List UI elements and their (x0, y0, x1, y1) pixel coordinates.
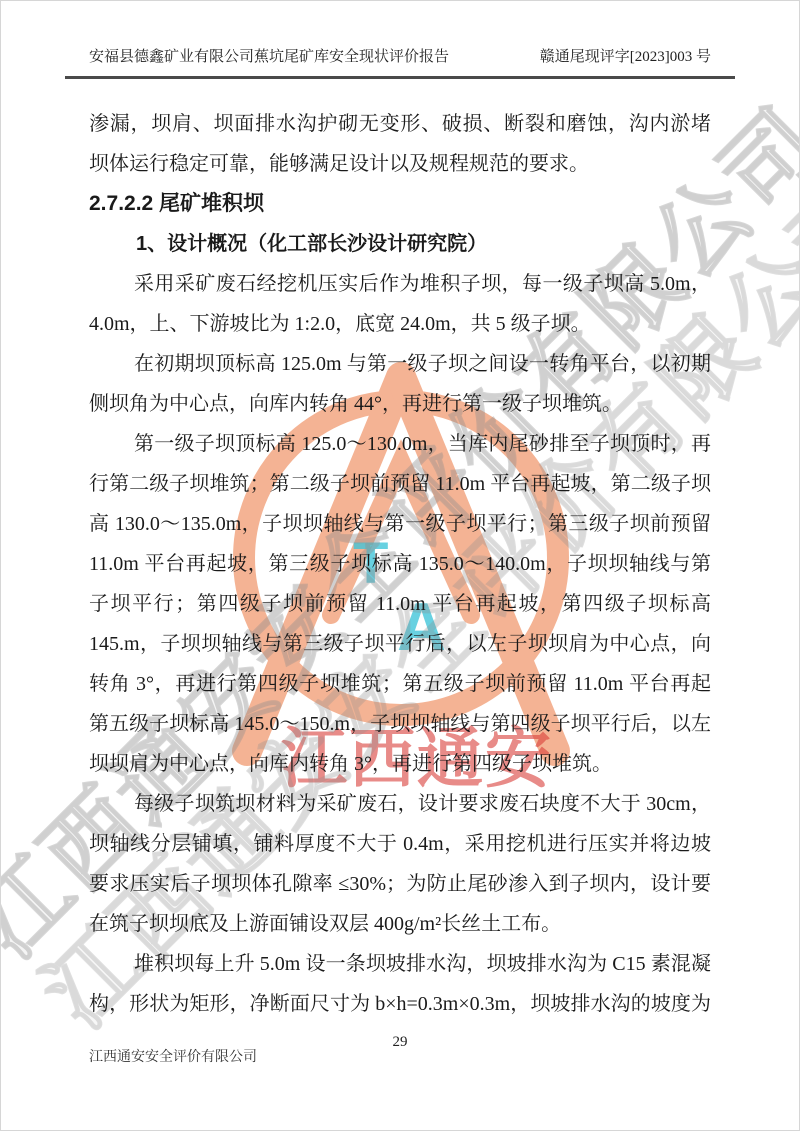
text-line: 第一级子坝顶标高 125.0～130.0m，当库内尾砂排至子坝顶时，再进 (89, 424, 711, 464)
document-body: 渗漏，坝肩、坝面排水沟护砌无变形、破损、断裂和磨蚀，沟内淤堵等。 坝体运行稳定可… (89, 104, 711, 1024)
header-report-title: 安福县德鑫矿业有限公司蕉坑尾矿库安全现状评价报告 (89, 47, 449, 67)
text-line: 堆积坝每上升 5.0m 设一条坝坡排水沟，坝坡排水沟为 C15 素混凝土结 (89, 944, 711, 984)
section-heading: 2.7.2.2 尾矿堆积坝 (89, 184, 711, 224)
text-line: 在初期坝顶标高 125.0m 与第一级子坝之间设一转角平台，以初期坝右 (89, 344, 711, 384)
text-line: 采用采矿废石经挖机压实后作为堆积子坝，每一级子坝高 5.0m，宽 (89, 264, 711, 304)
page-header: 安福县德鑫矿业有限公司蕉坑尾矿库安全现状评价报告 赣通尾现评字[2023]003… (89, 47, 711, 67)
text-line: 侧坝角为中心点，向库内转角 44°，再进行第一级子坝堆筑。 (89, 384, 711, 424)
header-rule (65, 76, 735, 79)
text-line: 渗漏，坝肩、坝面排水沟护砌无变形、破损、断裂和磨蚀，沟内淤堵等。 (89, 104, 711, 144)
sub-heading: 1、设计概况（化工部长沙设计研究院） (89, 224, 711, 264)
text-line: 第五级子坝标高 145.0～150.m，子坝坝轴线与第四级子坝平行后，以左子 (89, 704, 711, 744)
text-line: 每级子坝筑坝材料为采矿废石，设计要求废石块度不大于 30cm，沿子 (89, 784, 711, 824)
text-line: 构，形状为矩形，净断面尺寸为 b×h=0.3m×0.3m，坝坡排水沟的坡度为 (89, 984, 711, 1024)
document-page: T A 江西通安 江西通安安全评价有限公司 江西通安安全评价有限公司 安福县德鑫… (0, 0, 800, 1131)
text-line: 145.m，子坝坝轴线与第三级子坝平行后，以左子坝坝肩为中心点，向库内 (89, 624, 711, 664)
text-line: 坝坝肩为中心点，向库内转角 3°，再进行第四级子坝堆筑。 (89, 744, 711, 784)
text-line: 转角 3°，再进行第四级子坝堆筑；第五级子坝前预留 11.0m 平台再起坡， (89, 664, 711, 704)
text-line: 要求压实后子坝坝体孔隙率 ≤30%；为防止尾砂渗入到子坝内，设计要求 (89, 864, 711, 904)
page-content: 安福县德鑫矿业有限公司蕉坑尾矿库安全现状评价报告 赣通尾现评字[2023]003… (1, 1, 799, 1024)
footer-company-name: 江西通安安全评价有限公司 (89, 1046, 257, 1066)
header-doc-number: 赣通尾现评字[2023]003 号 (540, 47, 711, 67)
text-line: 子坝平行；第四级子坝前预留 11.0m 平台再起坡，第四级子坝标高 140.0～ (89, 584, 711, 624)
text-line: 高 130.0～135.0m，子坝坝轴线与第一级子坝平行；第三级子坝前预留 (89, 504, 711, 544)
text-line: 4.0m，上、下游坡比为 1:2.0，底宽 24.0m，共 5 级子坝。 (89, 304, 711, 344)
text-line: 行第二级子坝堆筑；第二级子坝前预留 11.0m 平台再起坡，第二级子坝标 (89, 464, 711, 504)
text-line: 在筑子坝坝底及上游面铺设双层 400g/m²长丝土工布。 (89, 904, 711, 944)
text-line: 坝体运行稳定可靠，能够满足设计以及规程规范的要求。 (89, 144, 711, 184)
text-line: 11.0m 平台再起坡，第三级子坝标高 135.0～140.0m，子坝坝轴线与第… (89, 544, 711, 584)
text-line: 坝轴线分层铺填，铺料厚度不大于 0.4m，采用挖机进行压实并将边坡整平， (89, 824, 711, 864)
